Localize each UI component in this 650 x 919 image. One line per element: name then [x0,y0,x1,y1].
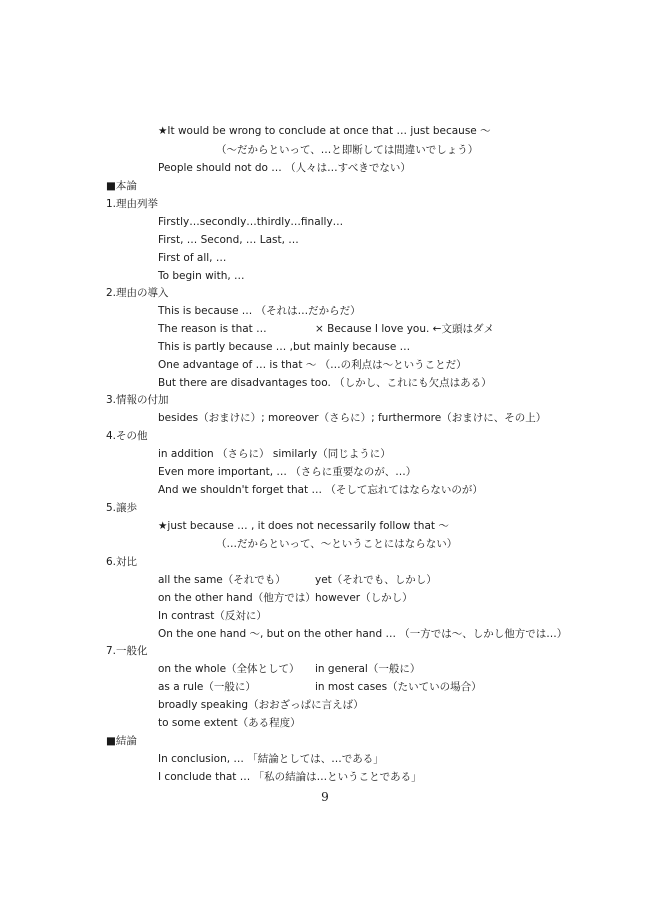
section-title-2: 2.理由の導入 [106,286,169,300]
grid-cell: however（しかし） [315,591,413,605]
intro-line-1-ja: （～だからといって、…と即断しては間違いでしょう） [216,143,478,157]
list-item: to some extent（ある程度） [158,716,301,730]
section-title-1: 1.理由列挙 [106,197,158,211]
grid-cell: on the whole（全体として） [158,662,300,676]
list-item: ★just because … , it does not necessaril… [158,519,449,533]
list-item: broadly speaking（おおざっぱに言えば） [158,698,364,712]
grid-cell: yet（それでも、しかし） [315,573,437,587]
list-item: Firstly…secondly…thirdly…finally… [158,215,343,229]
grid-cell: all the same（それでも） [158,573,286,587]
section-title-3: 3.情報の付加 [106,393,169,407]
list-item-ja: （…だからといって、～ということにはならない） [216,537,457,551]
list-item: Even more important, … （さらに重要なのが、…） [158,465,416,479]
grid-cell: in general（一般に） [315,662,420,676]
grid-cell: on the other hand（他方では） [158,591,316,605]
section-title-5: 5.譲歩 [106,501,137,515]
list-item: The reason is that … [158,322,267,336]
list-item: I conclude that … 「私の結論は…ということである」 [158,770,422,784]
grid-cell: as a rule（一般に） [158,680,256,694]
list-item: But there are disadvantages too. （しかし、これ… [158,376,492,390]
conclusion-heading: ■結論 [106,734,137,748]
section-title-6: 6.対比 [106,555,137,569]
list-item: First of all, … [158,251,226,265]
main-heading: ■本論 [106,179,137,193]
list-item: And we shouldn't forget that … （そして忘れてはな… [158,483,483,497]
list-item: This is partly because … ,but mainly bec… [158,340,410,354]
section-title-4: 4.その他 [106,429,148,443]
list-item: One advantage of … is that ～ （…の利点は～というこ… [158,358,467,372]
section-title-7: 7.一般化 [106,644,148,658]
list-item: In conclusion, … 「結論としては、…である」 [158,752,384,766]
grid-cell: in most cases（たいていの場合） [315,680,482,694]
list-item: To begin with, … [158,269,245,283]
list-item: This is because … （それは…だからだ） [158,304,361,318]
page-number: 9 [0,790,650,804]
intro-line-1: ★It would be wrong to conclude at once t… [158,124,491,138]
list-item: In contrast（反対に） [158,609,267,623]
list-item: First, … Second, … Last, … [158,233,299,247]
list-item: in addition （さらに） similarly（同じように） [158,447,391,461]
list-item: besides（おまけに）; moreover（さらに）; furthermor… [158,411,546,425]
list-item: On the one hand ～, but on the other hand… [158,627,567,641]
note-text: × Because I love you. ←文頭はダメ [315,322,494,336]
intro-line-2: People should not do … （人々は…すべきでない） [158,161,411,175]
